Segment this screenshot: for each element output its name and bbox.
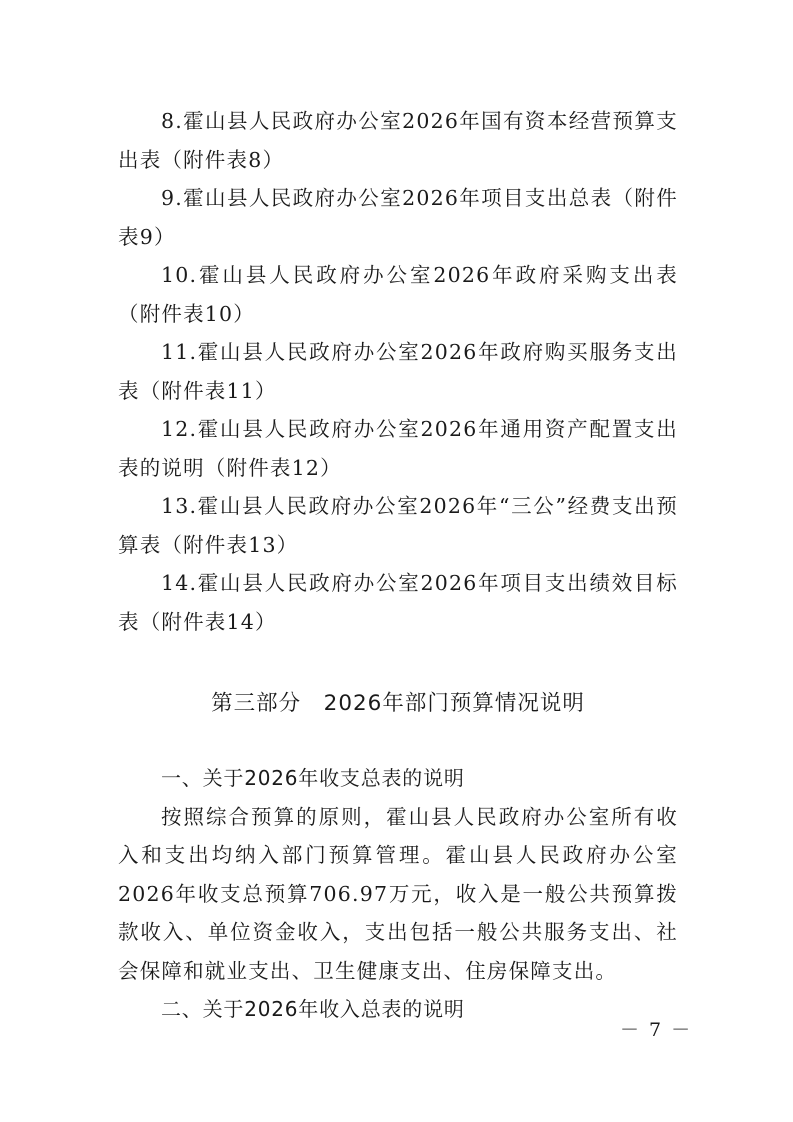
list-item-attachment-9: 9.霍山县人民政府办公室2026年项目支出总表（附件表9） [118, 179, 678, 256]
subsection-body-1: 按照综合预算的原则，霍山县人民政府办公室所有收入和支出均纳入部门预算管理。霍山县… [118, 798, 678, 991]
list-item-attachment-11: 11.霍山县人民政府办公室2026年政府购买服务支出表（附件表11） [118, 333, 678, 410]
list-item-attachment-14: 14.霍山县人民政府办公室2026年项目支出绩效目标表（附件表14） [118, 564, 678, 641]
subsection-heading-2: 二、关于2026年收入总表的说明 [118, 990, 678, 1029]
subsection-heading-1: 一、关于2026年收支总表的说明 [118, 759, 678, 798]
document-page: 8.霍山县人民政府办公室2026年国有资本经营预算支出表（附件表8） 9.霍山县… [118, 102, 678, 1029]
list-item-attachment-12: 12.霍山县人民政府办公室2026年通用资产配置支出表的说明（附件表12） [118, 410, 678, 487]
page-number: － 7 － [620, 1015, 692, 1042]
list-item-attachment-10: 10.霍山县人民政府办公室2026年政府采购支出表（附件表10） [118, 256, 678, 333]
section-title: 第三部分 2026年部门预算情况说明 [118, 685, 678, 723]
list-item-attachment-13: 13.霍山县人民政府办公室2026年“三公”经费支出预算表（附件表13） [118, 487, 678, 564]
list-item-attachment-8: 8.霍山县人民政府办公室2026年国有资本经营预算支出表（附件表8） [118, 102, 678, 179]
